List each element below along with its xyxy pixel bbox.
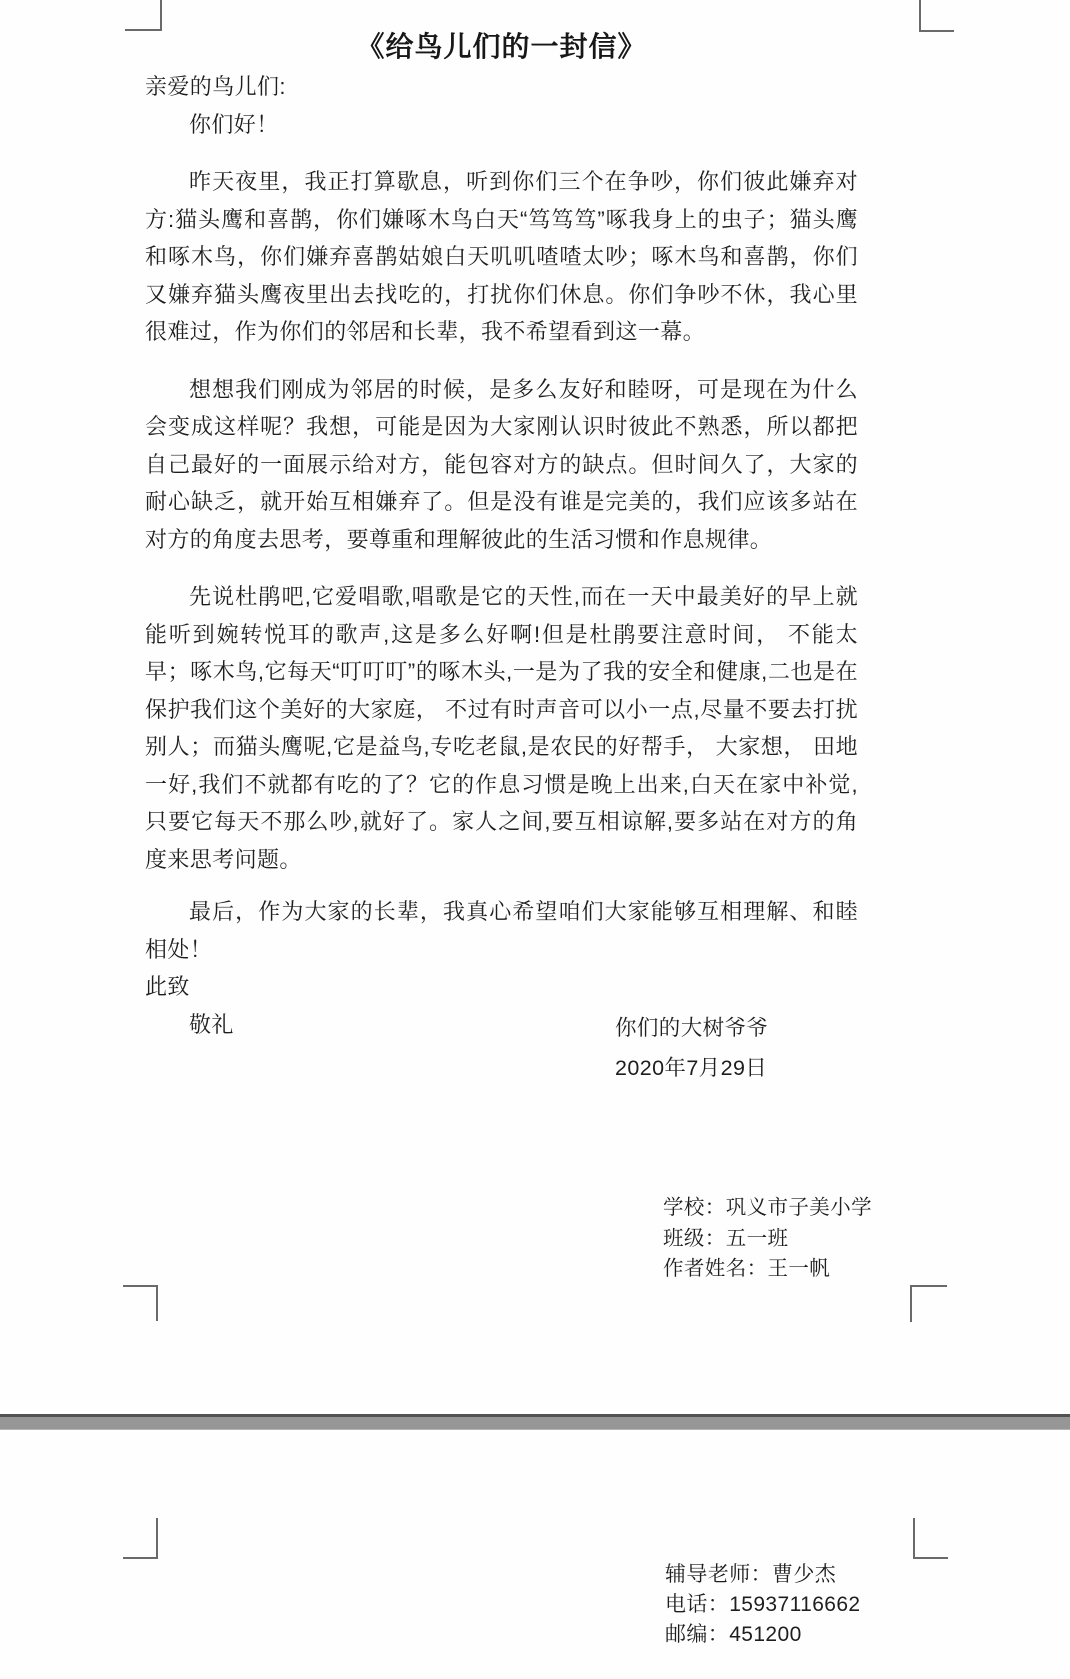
signature-name: 你们的大树爷爷 [615,1008,768,1048]
teacher-postcode-line: 邮编：451200 [665,1620,861,1650]
signature-date: 2020年7月29日 [615,1048,768,1088]
letter-paragraph-3: 先说杜鹃吧,它爱唱歌,唱歌是它的天性,而在一天中最美好的早上就能听到婉转悦耳的歌… [145,578,858,878]
crop-mark-bottom-left-icon [123,1285,158,1321]
crop-mark-top-right-icon [919,0,954,32]
scanned-letter-document: 《给鸟儿们的一封信》 亲爱的鸟儿们: 你们好！ 昨天夜里，我正打算歇息，听到你们… [0,0,1070,1679]
letter-paragraph-1: 昨天夜里，我正打算歇息，听到你们三个在争吵，你们彼此嫌弃对方:猫头鹰和喜鹊，你们… [145,163,858,351]
letter-body: 《给鸟儿们的一封信》 亲爱的鸟儿们: 你们好！ 昨天夜里，我正打算歇息，听到你们… [145,26,858,1043]
page-divider-band [0,1414,1070,1430]
letter-paragraph-4: 最后，作为大家的长辈，我真心希望咱们大家能够互相理解、和睦相处！ [145,893,858,968]
letter-salutation: 亲爱的鸟儿们: [145,68,858,106]
crop-mark-bottom-right-icon [910,1285,947,1322]
author-name-line: 作者姓名：王一帆 [663,1254,872,1285]
teacher-phone-line: 电话：15937116662 [665,1590,861,1620]
crop-mark-page2-left-icon [123,1518,158,1559]
author-info-block: 学校：巩义市子美小学 班级：五一班 作者姓名：王一帆 [663,1193,872,1285]
teacher-info-block: 辅导老师：曹少杰 电话：15937116662 邮编：451200 [665,1560,861,1650]
closing-cizhi: 此致 [145,968,858,1006]
crop-mark-page2-right-icon [913,1518,948,1559]
letter-title: 《给鸟儿们的一封信》 [145,26,858,68]
teacher-tutor-line: 辅导老师：曹少杰 [665,1560,861,1590]
author-school-line: 学校：巩义市子美小学 [663,1193,872,1224]
letter-paragraph-2: 想想我们刚成为邻居的时候，是多么友好和睦呀，可是现在为什么会变成这样呢？我想，可… [145,371,858,559]
letter-greeting: 你们好！ [145,106,858,144]
signature-block: 你们的大树爷爷 2020年7月29日 [615,1008,768,1088]
author-class-line: 班级：五一班 [663,1224,872,1255]
